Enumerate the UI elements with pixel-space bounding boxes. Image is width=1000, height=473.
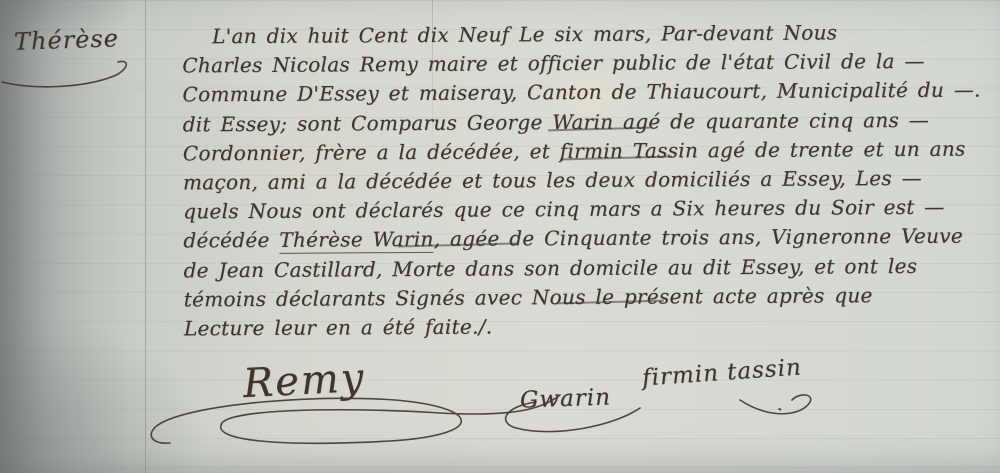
deceased-name-underlined: Thérèse Warin [279,227,434,254]
signature-mayor-remy: Remy [242,355,367,407]
body-line-10: témoins déclarants Signés avec Nous le p… [184,280,970,314]
signature-witness-warin: Gwarin [520,384,612,413]
line8-prefix: décédée [183,228,279,253]
body-line-11: Lecture leur en a été faite./. [184,309,970,343]
body-line-1: L'an dix huit Cent dix Neuf Le six mars,… [182,18,968,52]
body-line-7: quels Nous ont déclarés que ce cinq mars… [183,193,969,227]
body-line-9: de Jean Castillard, Morte dans son domic… [183,251,969,285]
body-line-2: Charles Nicolas Remy maire et officier p… [182,47,968,81]
act-body-text: L'an dix huit Cent dix Neuf Le six mars,… [182,18,970,344]
margin-note-deceased-name: Thérèse [14,24,120,56]
body-line-5: Cordonnier, frère a la décédée, et firmi… [183,134,969,168]
body-line-4: dit Essey; sont Comparus George Warin ag… [183,105,969,139]
body-line-3: Commune D'Essey et maiseray, Canton de T… [182,76,968,110]
body-line-8-death-statement: décédée Thérèse Warin, agée de Cinquante… [183,222,969,256]
manuscript-death-record-page: Thérèse L'an dix huit Cent dix Neuf Le s… [0,0,1000,473]
body-line-6: maçon, ami a la décédée et tous les deux… [183,164,969,198]
signature-witness-tassin: firmin tassin [641,354,802,391]
tassin-signature-flourish [730,392,825,432]
margin-underline-flourish [0,52,150,97]
margin-rule-line [145,0,146,473]
margin-note-text: Thérèse [14,24,120,56]
line8-suffix: , agée de Cinquante trois ans, Vigneronn… [434,224,963,251]
